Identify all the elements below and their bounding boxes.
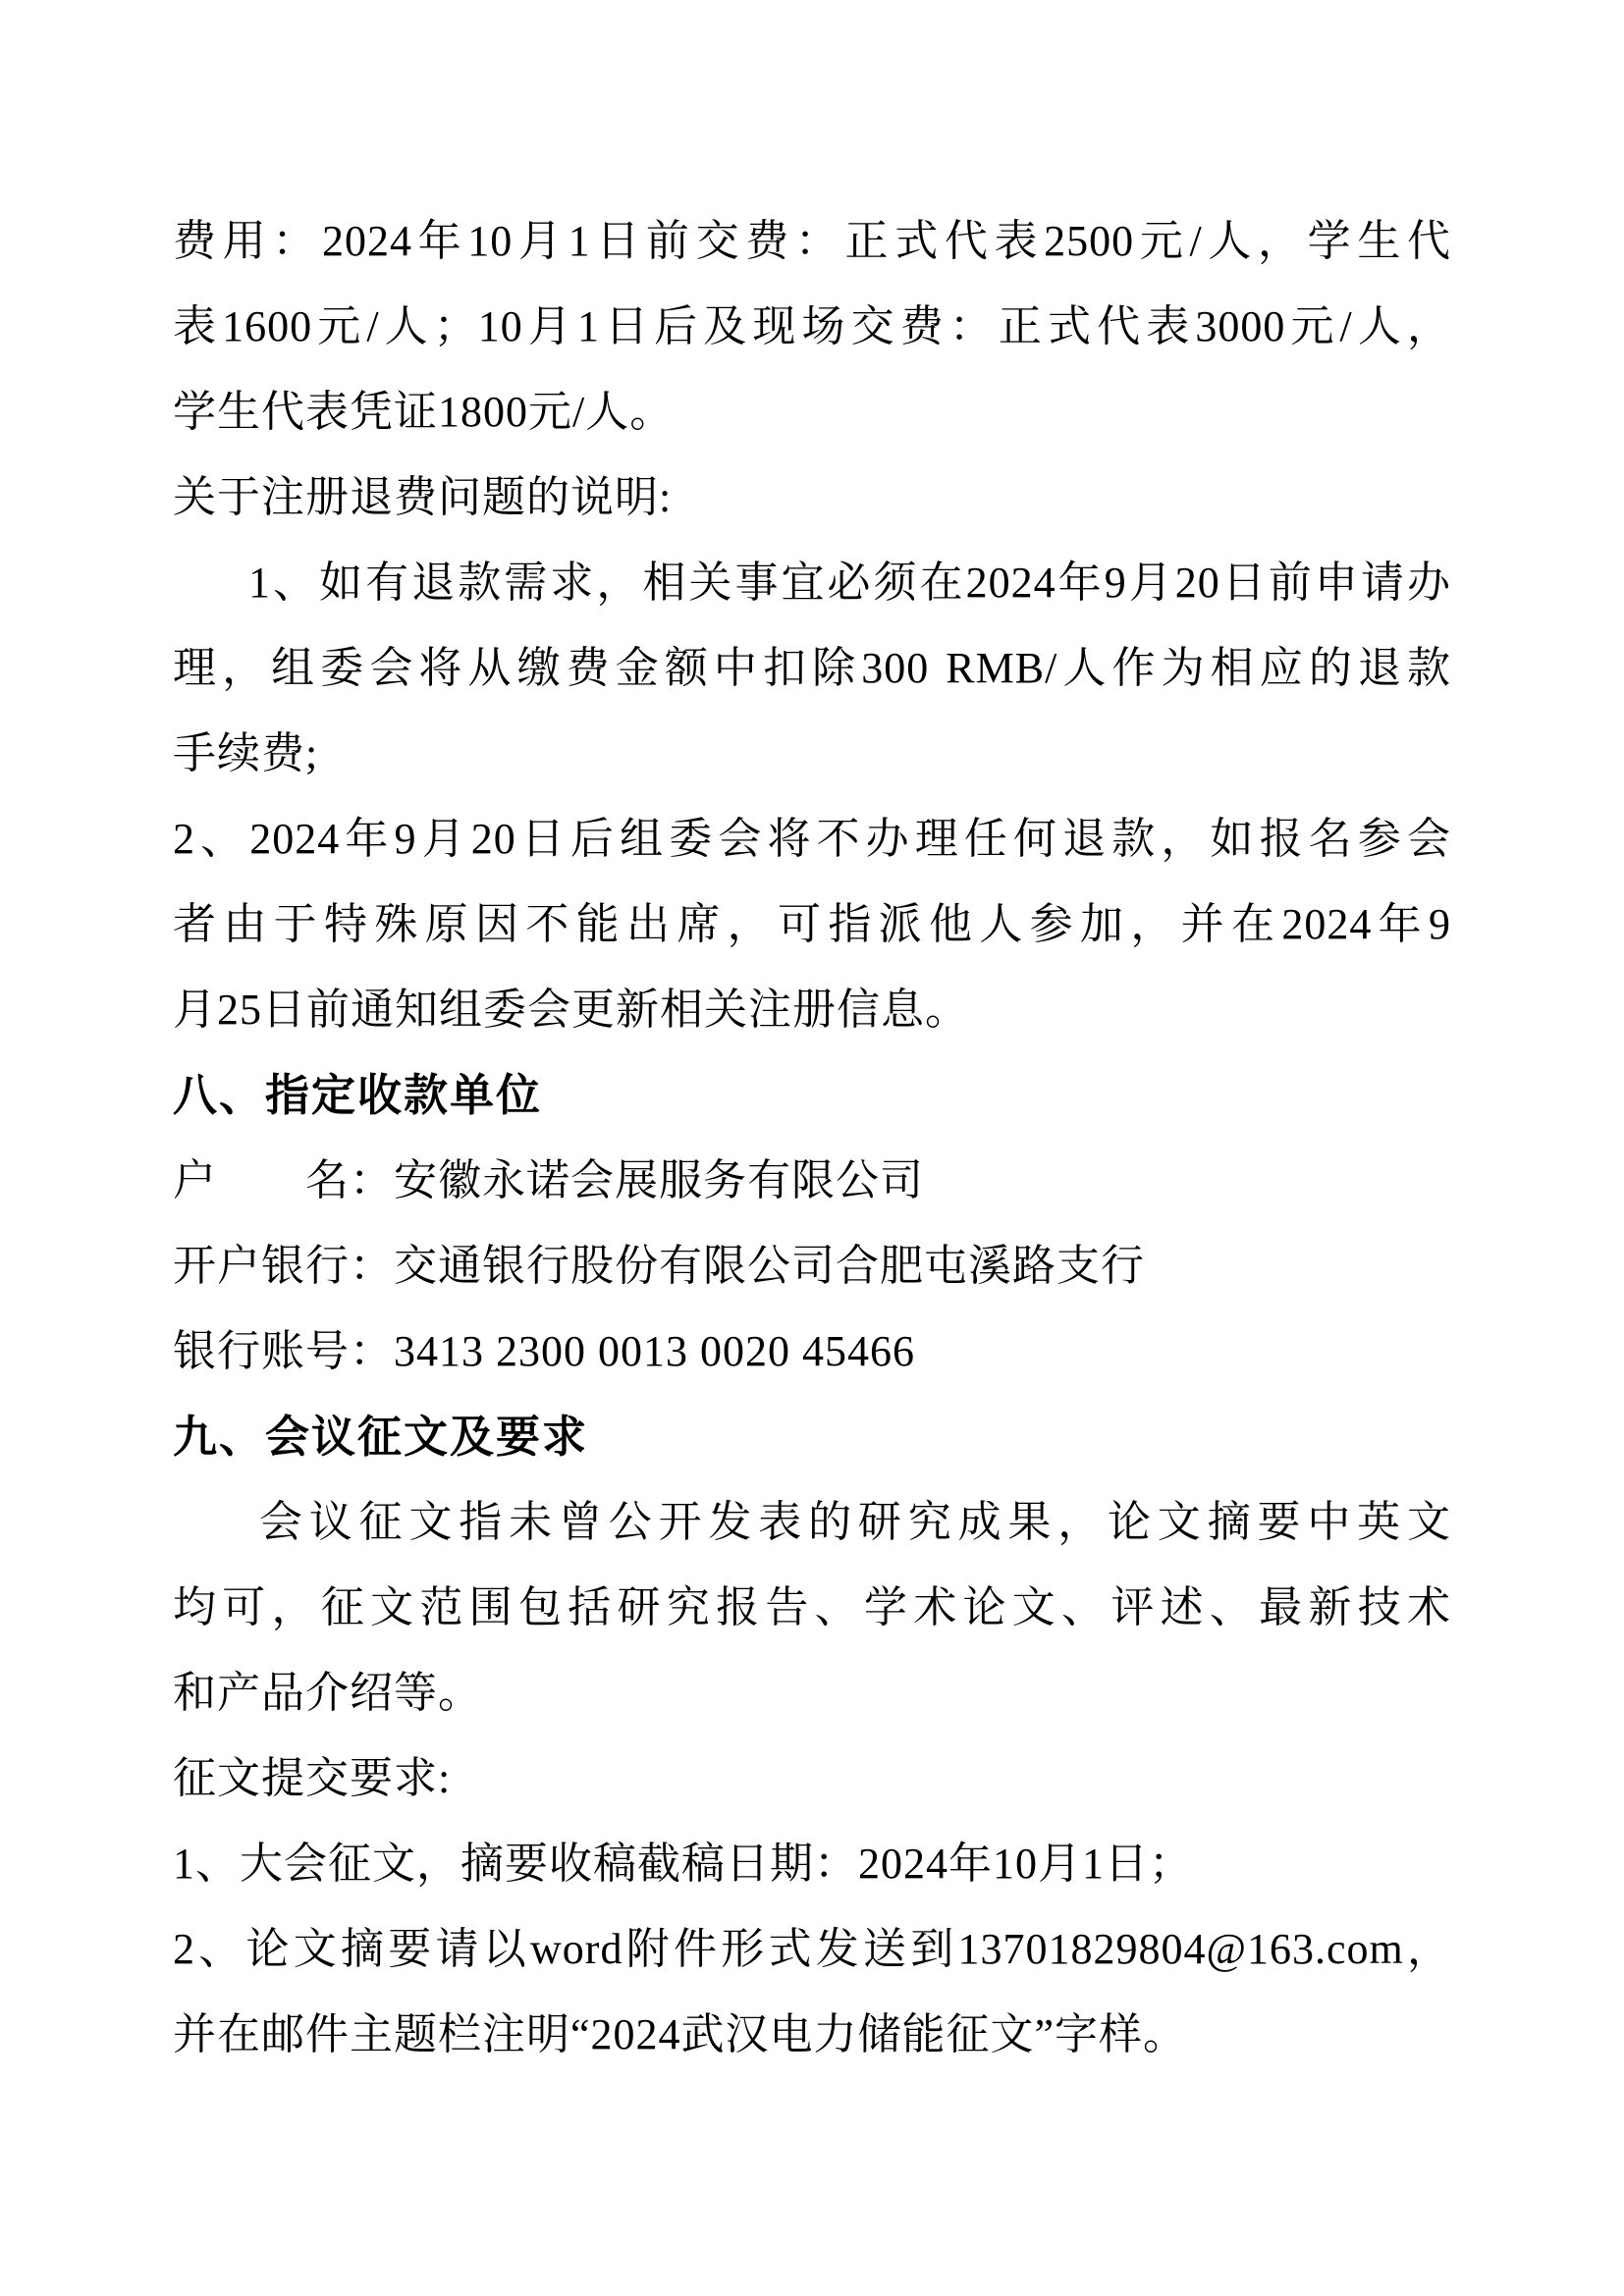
text-line: 学生代表凭证1800元/人。 [173, 369, 1451, 454]
text-line: 户 名：安徽永诺会展服务有限公司 [173, 1138, 1451, 1223]
text-line: 费用：2024年10月1日前交费：正式代表2500元/人，学生代 [173, 198, 1451, 284]
text-line: 表1600元/人；10月1日后及现场交费：正式代表3000元/人， [173, 284, 1451, 369]
text-line: 2、2024年9月20日后组委会将不办理任何退款，如报名参会 [173, 796, 1451, 881]
text-line: 征文提交要求: [173, 1735, 1451, 1821]
section-heading: 八、指定收款单位 [173, 1052, 1451, 1138]
document-page: 费用：2024年10月1日前交费：正式代表2500元/人，学生代表1600元/人… [0, 0, 1624, 2296]
text-line: 1、如有退款需求，相关事宜必须在2024年9月20日前申请办 [173, 540, 1451, 625]
text-line: 1、大会征文，摘要收稿截稿日期：2024年10月1日； [173, 1821, 1451, 1906]
text-line: 和产品介绍等。 [173, 1650, 1451, 1735]
text-line: 者由于特殊原因不能出席，可指派他人参加，并在2024年9 [173, 881, 1451, 967]
section-heading: 九、会议征文及要求 [173, 1394, 1451, 1479]
text-line: 开户银行：交通银行股份有限公司合肥屯溪路支行 [173, 1223, 1451, 1308]
document-body: 费用：2024年10月1日前交费：正式代表2500元/人，学生代表1600元/人… [173, 198, 1451, 2077]
text-line: 2、论文摘要请以word附件形式发送到13701829804@163.com， [173, 1906, 1451, 1992]
text-line: 理，组委会将从缴费金额中扣除300 RMB/人作为相应的退款 [173, 625, 1451, 711]
text-line: 会议征文指未曾公开发表的研究成果，论文摘要中英文 [173, 1479, 1451, 1565]
text-line: 均可，征文范围包括研究报告、学术论文、评述、最新技术 [173, 1565, 1451, 1650]
text-line: 关于注册退费问题的说明: [173, 454, 1451, 540]
text-line: 手续费; [173, 711, 1451, 796]
text-line: 月25日前通知组委会更新相关注册信息。 [173, 967, 1451, 1052]
text-line: 银行账号：3413 2300 0013 0020 45466 [173, 1308, 1451, 1394]
text-line: 并在邮件主题栏注明“2024武汉电力储能征文”字样。 [173, 1992, 1451, 2077]
